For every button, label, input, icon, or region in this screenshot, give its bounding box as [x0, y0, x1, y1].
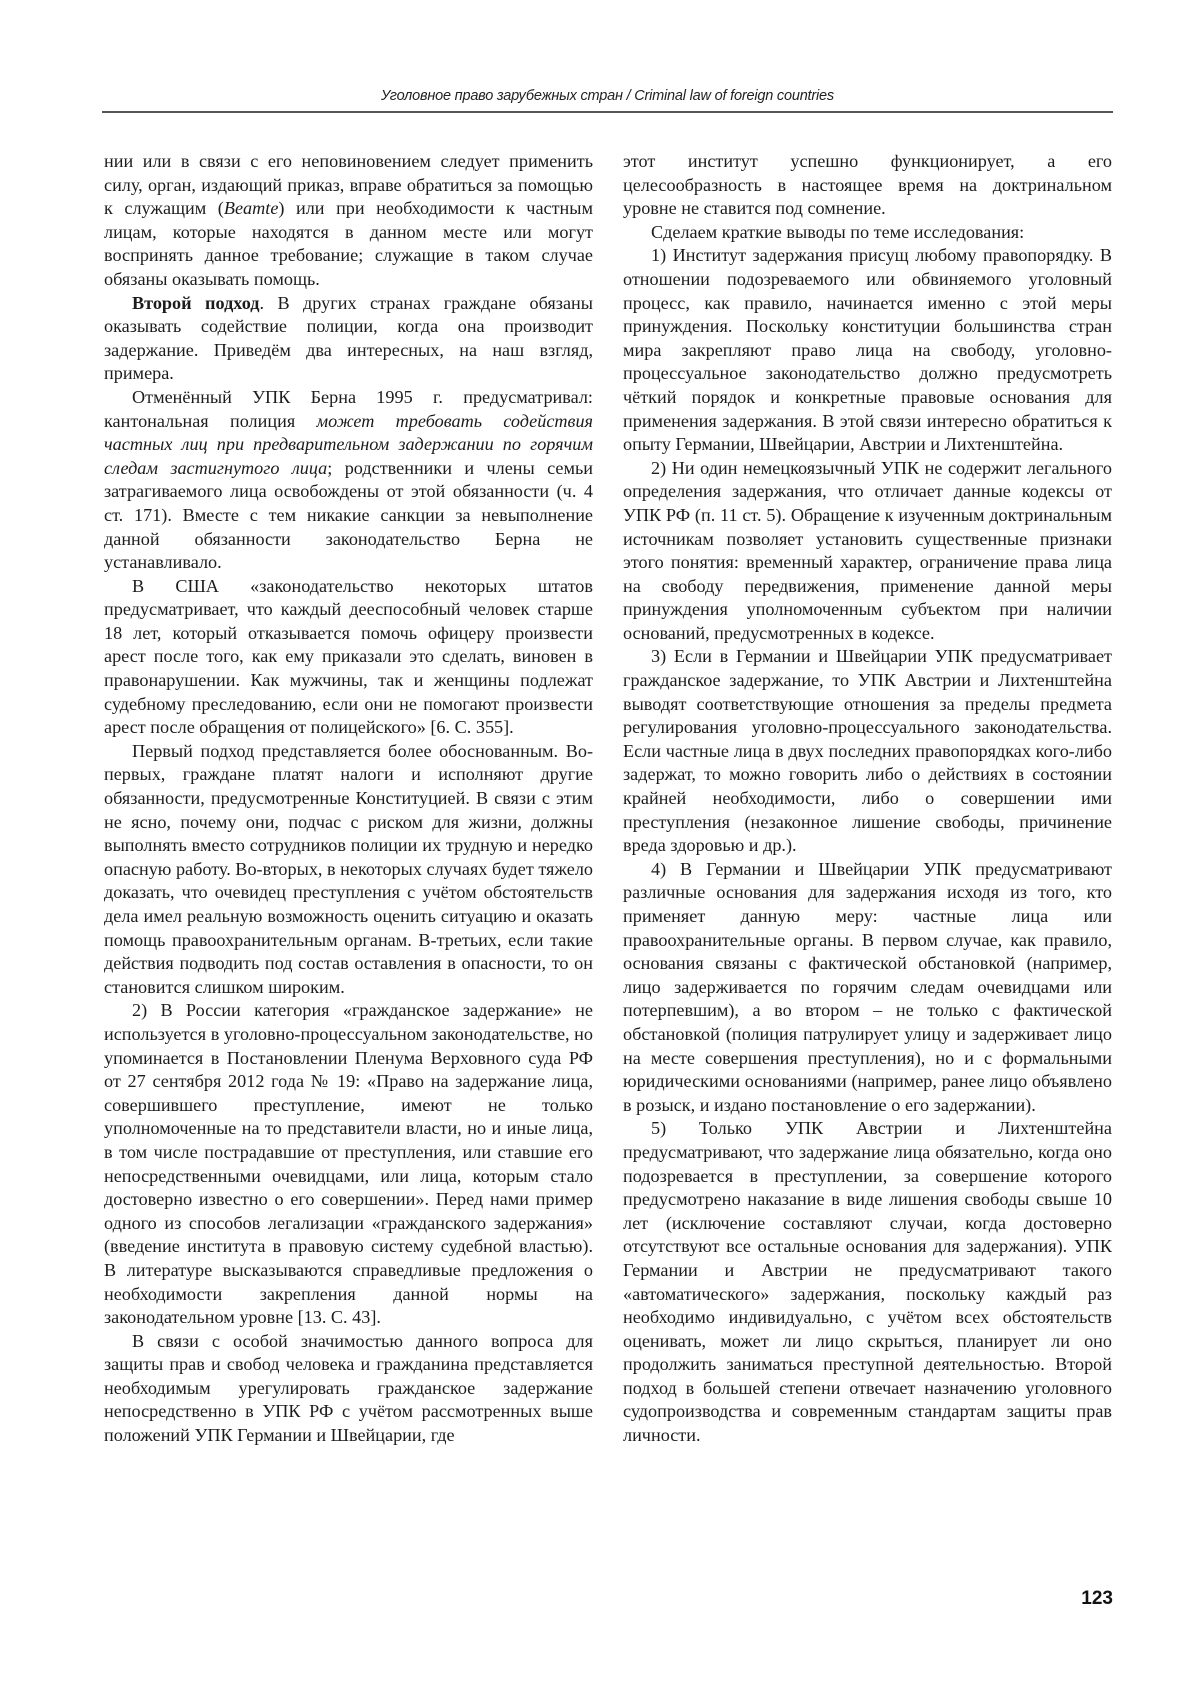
- header-rule: [102, 111, 1113, 113]
- paragraph: Первый подход представляется более обосн…: [104, 740, 593, 1000]
- italic-term: Beamte: [224, 198, 279, 218]
- paragraph: 2) В России категория «гражданское задер…: [104, 999, 593, 1329]
- conclusion-item: 1) Институт задержания присущ любому пра…: [623, 244, 1112, 456]
- left-column: нии или в связи с его неповиновением сле…: [104, 150, 593, 1448]
- paragraph: Сделаем краткие выводы по теме исследова…: [623, 221, 1112, 245]
- paragraph: этот институт успешно функционирует, а е…: [623, 150, 1112, 221]
- conclusion-item: 5) Только УПК Австрии и Лихтенштейна пре…: [623, 1117, 1112, 1447]
- paragraph: нии или в связи с его неповиновением сле…: [104, 150, 593, 292]
- running-header: Уголовное право зарубежных стран / Crimi…: [102, 88, 1113, 104]
- conclusion-item: 2) Ни один немецкоязычный УПК не содержи…: [623, 457, 1112, 646]
- bold-heading-term: Второй подход: [132, 293, 259, 313]
- page-number: 123: [1060, 1588, 1113, 1610]
- paragraph: В связи с особой значимостью данного воп…: [104, 1330, 593, 1448]
- right-column: этот институт успешно функционирует, а е…: [623, 150, 1112, 1448]
- conclusion-item: 4) В Германии и Швейцарии УПК предусматр…: [623, 858, 1112, 1118]
- journal-page: Уголовное право зарубежных стран / Crimi…: [0, 0, 1200, 1698]
- paragraph: Отменённый УПК Берна 1995 г. предусматри…: [104, 386, 593, 575]
- paragraph: Второй подход. В других странах граждане…: [104, 292, 593, 386]
- conclusion-item: 3) Если в Германии и Швейцарии УПК преду…: [623, 645, 1112, 857]
- paragraph: В США «законодательство некоторых штатов…: [104, 575, 593, 740]
